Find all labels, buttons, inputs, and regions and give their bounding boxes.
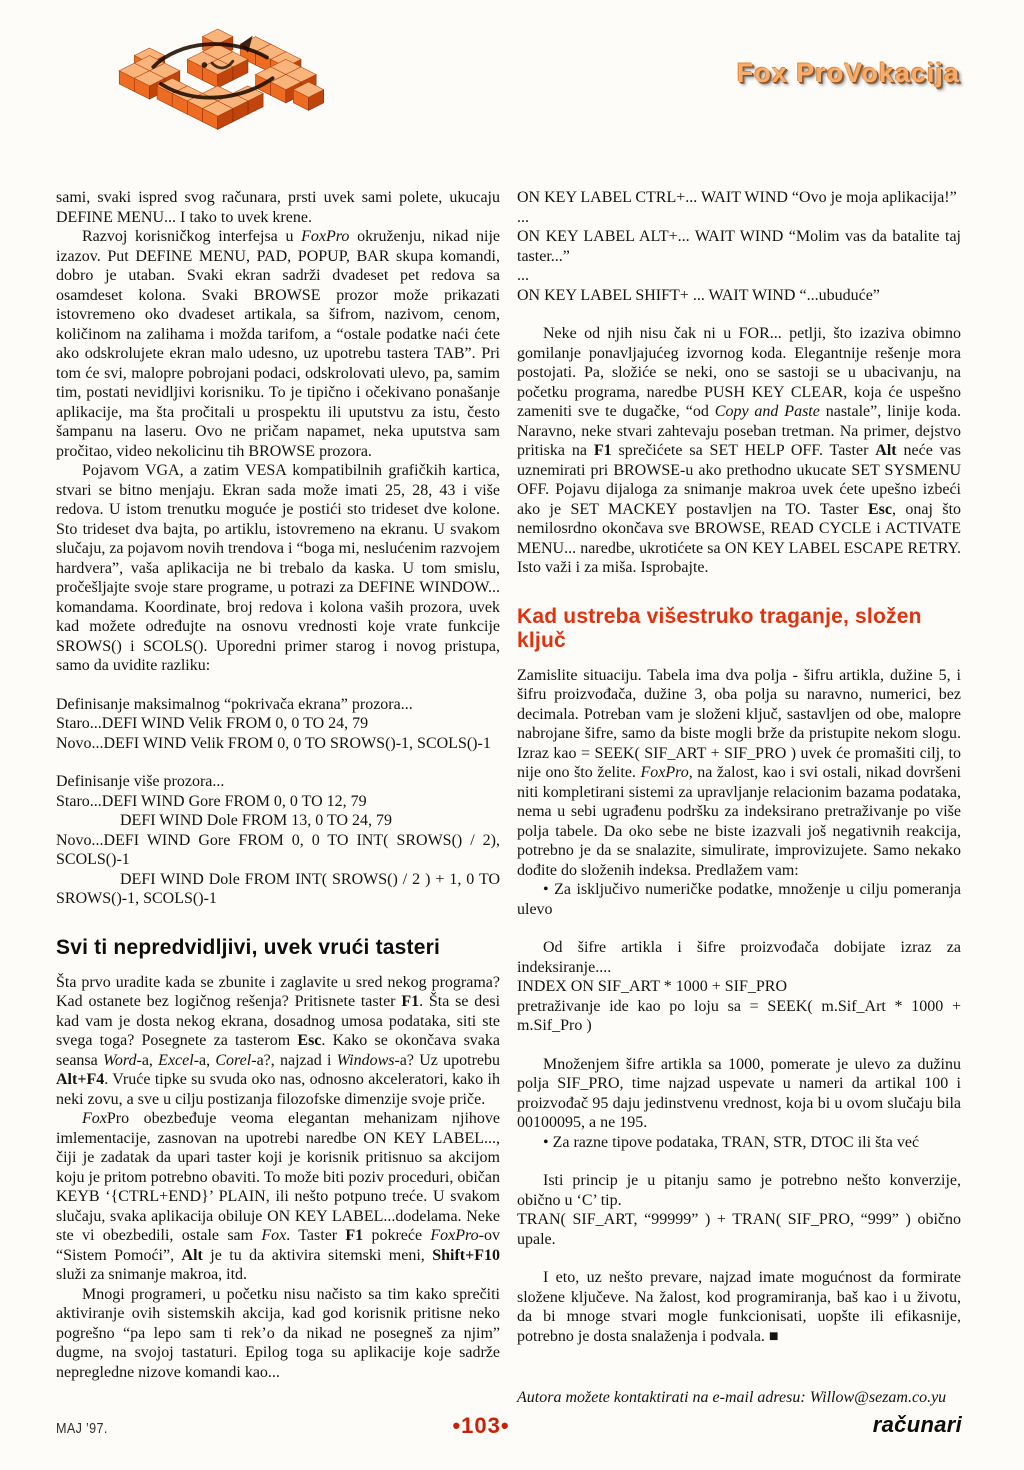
code-line: Definisanje više prozora... [56, 772, 500, 792]
bullet-item: • Za razne tipove podataka, TRAN, STR, D… [517, 1133, 961, 1153]
text-run: FoxPro [430, 1227, 478, 1244]
magazine-page: { "header": { "title": "Fox ProVokacija"… [0, 0, 1024, 1470]
footer-magazine-name: računari [873, 1412, 962, 1438]
code-line: ON KEY LABEL CTRL+... WAIT WIND “Ovo je … [517, 188, 961, 208]
text-run: -a, [194, 1052, 216, 1069]
code-line: DEFI WIND Dole FROM 13, 0 TO 24, 79 [56, 811, 500, 831]
code-line: DEFI WIND Dole FROM INT( SROWS() / 2 ) +… [56, 870, 500, 909]
text-run: Fox [82, 1110, 107, 1127]
paragraph: Šta prvo uradite kada se zbunite i zagla… [56, 973, 500, 1110]
text-run: Esc [868, 501, 892, 518]
code-line: ON KEY LABEL ALT+... WAIT WIND “Molim va… [517, 227, 961, 266]
paragraph: Razvoj korisničkog interfejsa u FoxPro o… [56, 227, 500, 461]
text-run: pretraživanje ide kao po loju sa = SEEK(… [517, 998, 961, 1035]
text-run: INDEX ON SIF_ART * 1000 + SIF_PRO [517, 978, 787, 995]
text-run: Fox [261, 1227, 286, 1244]
paragraph: Množenjem šifre artikla sa 1000, pomerat… [517, 1055, 961, 1133]
text-run: FoxPro [301, 228, 349, 245]
footer-issue-date: MAJ ’97. [56, 1420, 108, 1437]
paragraph: Mnogi programeri, u početku nisu načisto… [56, 1285, 500, 1383]
paragraph: Neke od njih nisu čak ni u FOR... petlji… [517, 324, 961, 578]
right-column: ON KEY LABEL CTRL+... WAIT WIND “Ovo je … [517, 188, 961, 1408]
text-run: • Za razne tipove podataka, TRAN, STR, D… [543, 1134, 919, 1151]
text-run: je tu da aktivira sitemski meni, [203, 1247, 432, 1264]
text-run: -a, [137, 1052, 159, 1069]
text-run: Copy and Paste [715, 403, 820, 420]
paragraph: I eto, uz nešto prevare, najzad imate mo… [517, 1268, 961, 1346]
text-run: -a?, najzad i [251, 1052, 336, 1069]
text-run: ... [517, 209, 529, 226]
text-run: ON KEY LABEL ALT+... WAIT WIND “Molim va… [517, 228, 961, 265]
text-run: Svi ti nepredvidljivi, uvek vrući taster… [56, 936, 440, 959]
text-run: ON KEY LABEL SHIFT+ ... WAIT WIND “...ub… [517, 287, 880, 304]
text-run: F1 [345, 1227, 363, 1244]
text-run: -a? Uz upotrebu [394, 1052, 500, 1069]
code-line: ... [517, 208, 961, 228]
text-run: Pro obezbeđuje veoma elegantan mehanizam… [56, 1110, 500, 1244]
footer-page-number: •103• [452, 1413, 509, 1439]
left-column: sami, svaki ispred svog računara, prsti … [56, 188, 500, 1382]
text-run: Isti princip je u pitanju samo je potreb… [517, 1172, 961, 1209]
text-run: Množenjem šifre artikla sa 1000, pomerat… [517, 1056, 961, 1132]
code-line: Definisanje maksimalnog “pokrivača ekran… [56, 695, 500, 715]
text-run: Corel [215, 1052, 251, 1069]
paragraph: FoxPro obezbeđuje veoma elegantan mehani… [56, 1109, 500, 1285]
text-run: F1 [594, 442, 612, 459]
text-run: Word [103, 1052, 137, 1069]
text-run: Novo...DEFI WIND Velik FROM 0, 0 TO SROW… [56, 735, 491, 752]
code-line: INDEX ON SIF_ART * 1000 + SIF_PRO [517, 977, 961, 997]
paragraph: sami, svaki ispred svog računara, prsti … [56, 188, 500, 227]
text-run: Staro...DEFI WIND Velik FROM 0, 0 TO 24,… [56, 715, 368, 732]
text-run: . Taster [286, 1227, 345, 1244]
text-run: Novo...DEFI WIND Gore FROM 0, 0 TO INT( … [56, 832, 500, 869]
text-run: I eto, uz nešto prevare, najzad imate mo… [517, 1269, 961, 1345]
text-run: Excel [158, 1052, 194, 1069]
text-run: F1 [401, 993, 419, 1010]
foxpro-puzzle-logo [98, 12, 326, 154]
text-run: pokreće [363, 1227, 430, 1244]
text-run: , na žalost, kao i svi ostali, nikad dov… [517, 764, 961, 879]
text-run: DEFI WIND Dole FROM INT( SROWS() / 2 ) +… [56, 871, 500, 908]
text-run: DEFI WIND Dole FROM 13, 0 TO 24, 79 [120, 812, 392, 829]
paragraph: TRAN( SIF_ART, “99999” ) + TRAN( SIF_PRO… [517, 1210, 961, 1249]
text-run: • Za isključivo numeričke podatke, množe… [517, 881, 961, 918]
text-run: Esc [297, 1032, 321, 1049]
text-run: . Vruće tipke su svuda oko nas, odnosno … [56, 1071, 500, 1108]
paragraph: Pojavom VGA, a zatim VESA kompatibilnih … [56, 461, 500, 676]
section-heading: Kad ustreba višestruko traganje, složen … [517, 605, 961, 653]
text-run: okruženju, nikad nije izazov. Put DEFINE… [56, 228, 500, 460]
text-run: Alt [875, 442, 896, 459]
code-line: Staro...DEFI WIND Gore FROM 0, 0 TO 12, … [56, 792, 500, 812]
text-run: služi za snimanje makroa, itd. [56, 1266, 247, 1283]
text-run: sami, svaki ispred svog računara, prsti … [56, 189, 500, 226]
text-run: Od šifre artikla i šifre proizvođača dob… [517, 939, 961, 976]
text-run: Alt+F4 [56, 1071, 104, 1088]
text-run: Shift+F10 [432, 1247, 500, 1264]
bullet-item: • Za isključivo numeričke podatke, množe… [517, 880, 961, 919]
text-run: Windows [337, 1052, 395, 1069]
text-run: Definisanje maksimalnog “pokrivača ekran… [56, 696, 413, 713]
code-line: Novo...DEFI WIND Velik FROM 0, 0 TO SROW… [56, 734, 500, 754]
paragraph: Isti princip je u pitanju samo je potreb… [517, 1171, 961, 1210]
text-run: Alt [182, 1247, 203, 1264]
text-run: Staro...DEFI WIND Gore FROM 0, 0 TO 12, … [56, 793, 367, 810]
paragraph: pretraživanje ide kao po loju sa = SEEK(… [517, 997, 961, 1036]
code-line: Staro...DEFI WIND Velik FROM 0, 0 TO 24,… [56, 714, 500, 734]
text-run: TRAN( SIF_ART, “99999” ) + TRAN( SIF_PRO… [517, 1211, 961, 1248]
code-line: ... [517, 266, 961, 286]
text-run: ON KEY LABEL CTRL+... WAIT WIND “Ovo je … [517, 189, 957, 206]
text-run: ... [517, 267, 529, 284]
section-heading: Svi ti nepredvidljivi, uvek vrući taster… [56, 936, 500, 960]
text-run: Autora možete kontaktirati na e-mail adr… [517, 1389, 946, 1406]
code-line: Novo...DEFI WIND Gore FROM 0, 0 TO INT( … [56, 831, 500, 870]
text-run: Mnogi programeri, u početku nisu načisto… [56, 1286, 500, 1381]
text-run: FoxPro [640, 764, 688, 781]
magazine-section-title: Fox ProVokacija [737, 58, 960, 89]
text-run: Pojavom VGA, a zatim VESA kompatibilnih … [56, 462, 500, 674]
paragraph: Od šifre artikla i šifre proizvođača dob… [517, 938, 961, 977]
text-run: Razvoj korisničkog interfejsa u [82, 228, 301, 245]
text-run: Definisanje više prozora... [56, 773, 224, 790]
text-run: Kad ustreba višestruko traganje, složen … [517, 605, 922, 652]
code-line: ON KEY LABEL SHIFT+ ... WAIT WIND “...ub… [517, 286, 961, 306]
paragraph: Zamislite situaciju. Tabela ima dva polj… [517, 666, 961, 881]
text-run: sprečićete sa SET HELP OFF. Taster [612, 442, 876, 459]
puzzle-blocks-graphic [98, 12, 326, 154]
author-contact-line: Autora možete kontaktirati na e-mail adr… [517, 1388, 961, 1408]
